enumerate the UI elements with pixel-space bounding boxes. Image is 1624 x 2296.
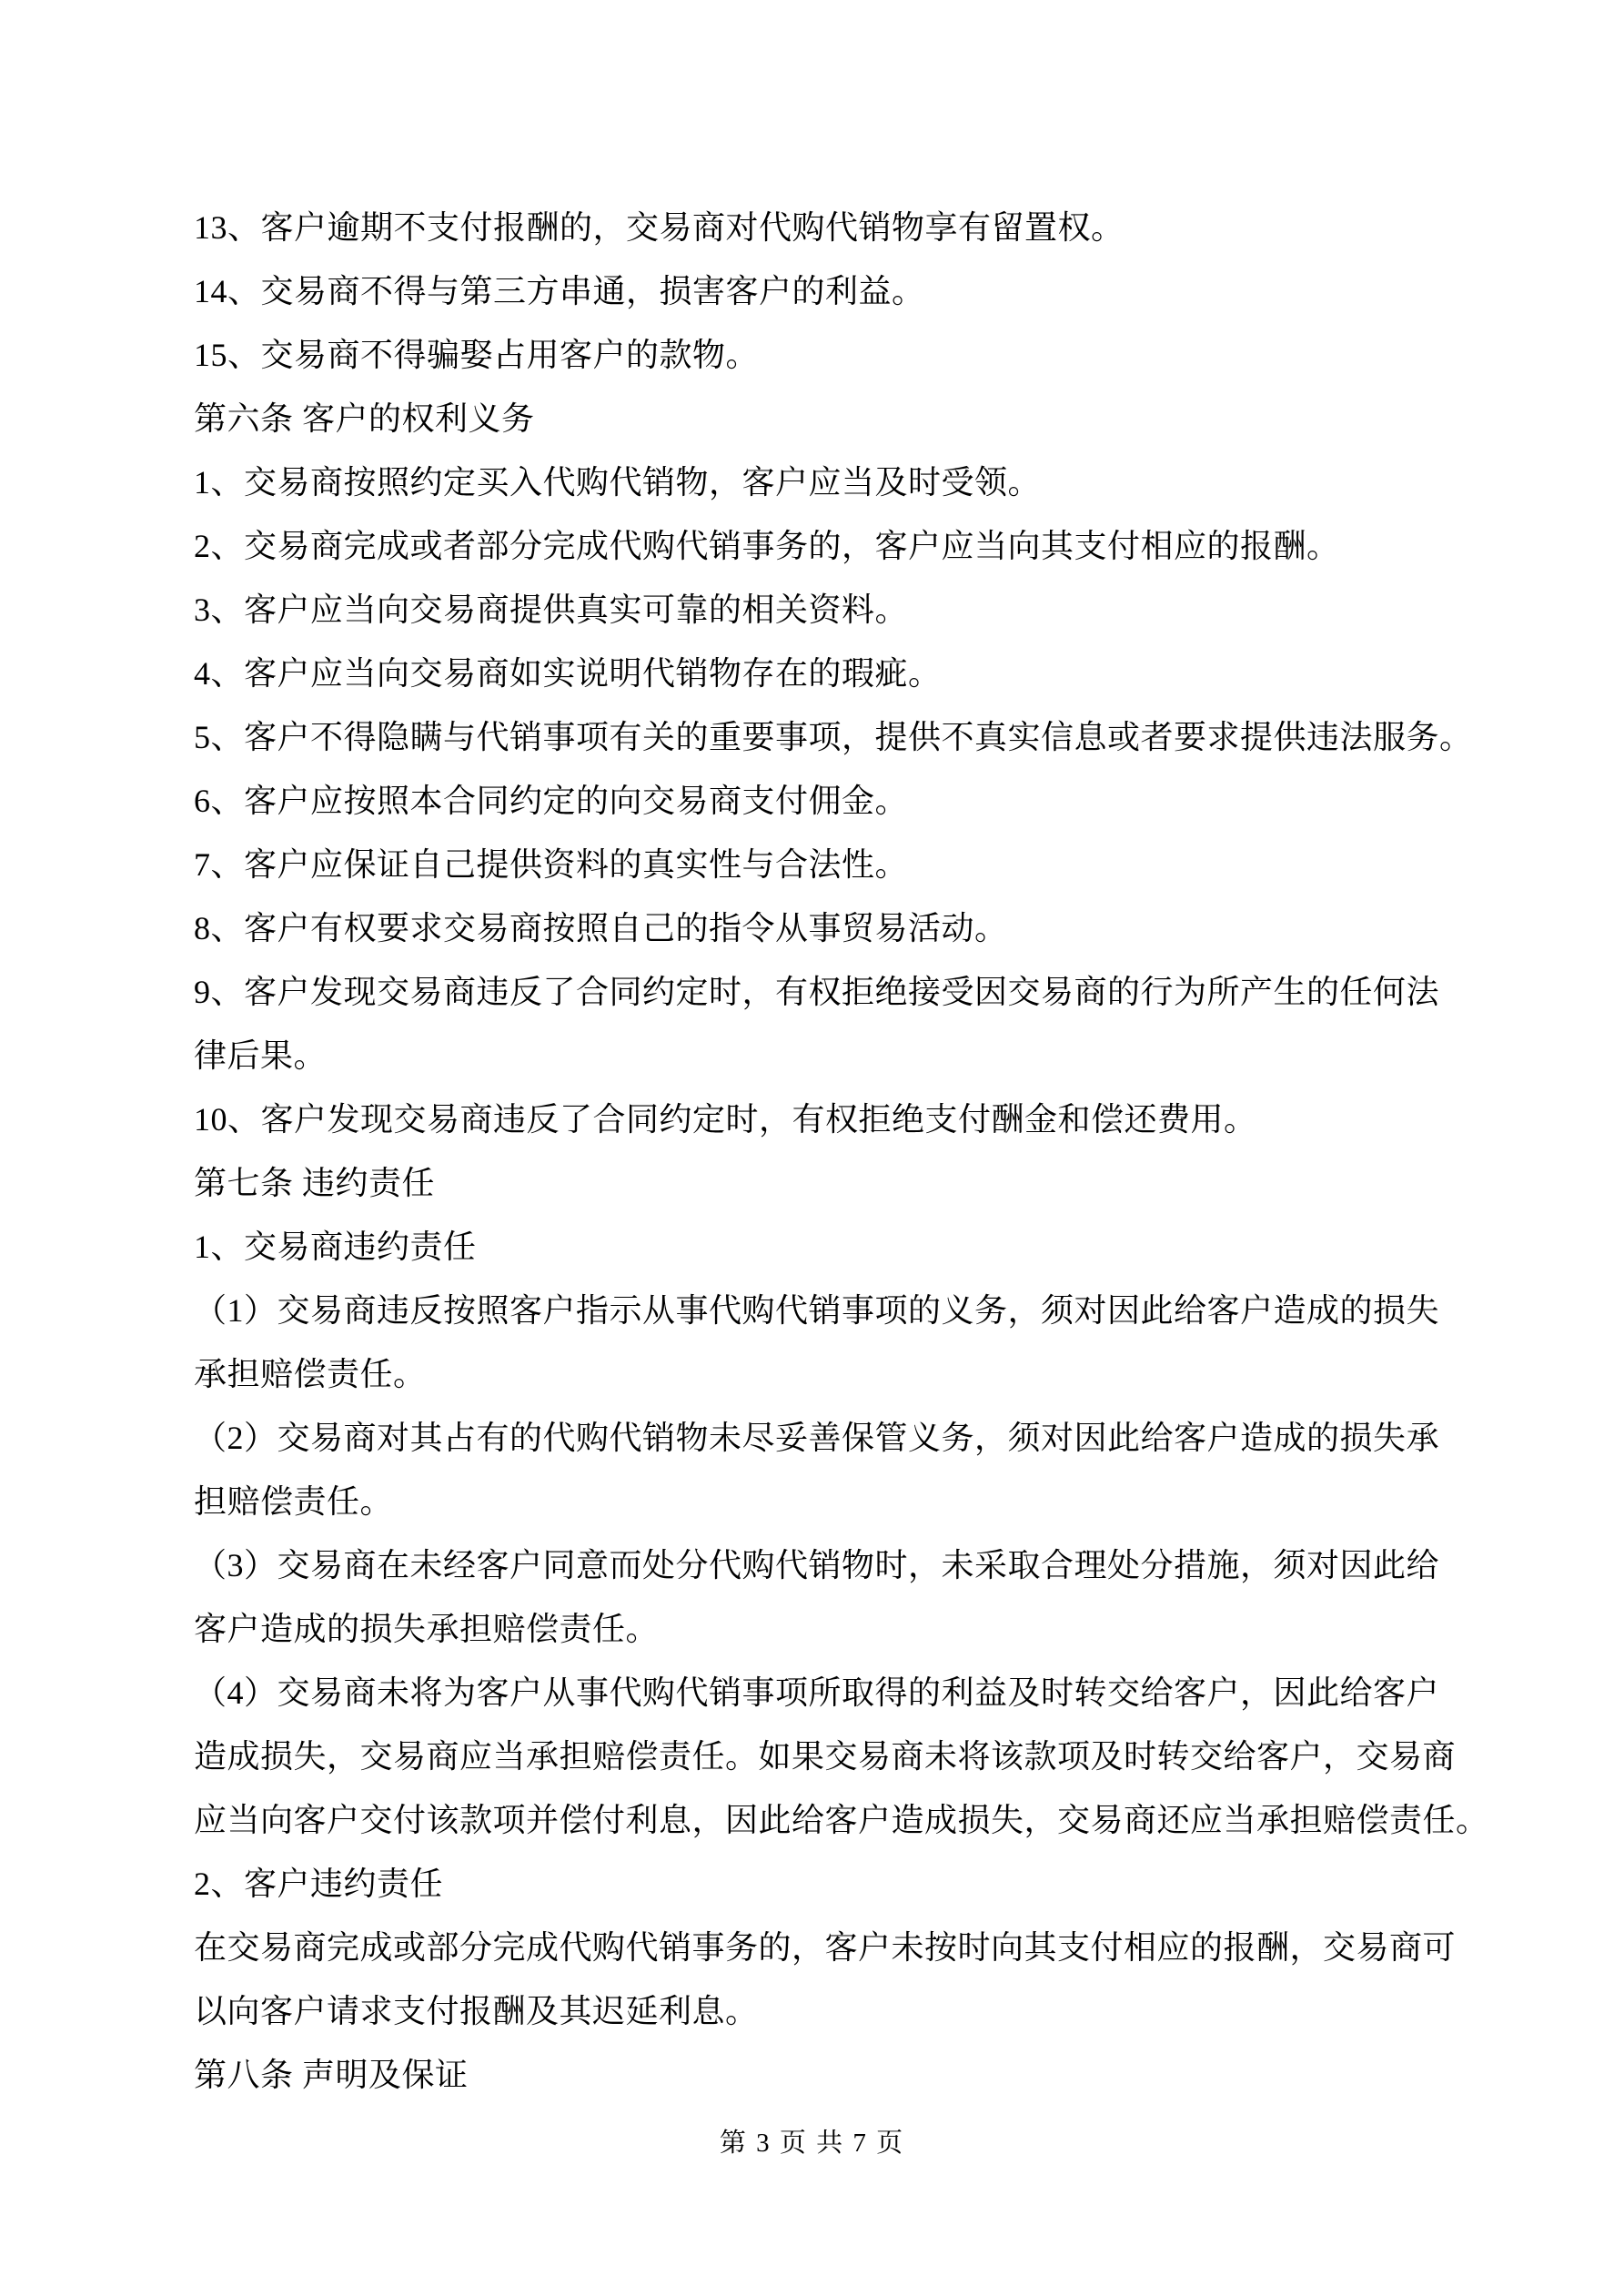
contract-line: 2、交易商完成或者部分完成代购代销事务的，客户应当向其支付相应的报酬。 <box>194 514 1504 578</box>
contract-line: 13、客户逾期不支付报酬的，交易商对代购代销物享有留置权。 <box>194 196 1504 259</box>
contract-line: 7、客户应保证自己提供资料的真实性与合法性。 <box>194 833 1504 896</box>
contract-line: 15、交易商不得骗娶占用客户的款物。 <box>194 323 1504 387</box>
contract-line: 1、交易商违约责任 <box>194 1215 1504 1279</box>
document-page: 13、客户逾期不支付报酬的，交易商对代购代销物享有留置权。 14、交易商不得与第… <box>0 0 1624 2296</box>
contract-line: 9、客户发现交易商违反了合同约定时，有权拒绝接受因交易商的行为所产生的任何法 <box>194 960 1504 1024</box>
contract-line: 担赔偿责任。 <box>194 1470 1504 1533</box>
contract-line: 1、交易商按照约定买入代购代销物，客户应当及时受领。 <box>194 450 1504 514</box>
contract-line: （1）交易商违反按照客户指示从事代购代销事项的义务，须对因此给客户造成的损失 <box>194 1279 1504 1342</box>
article-heading: 第七条 违约责任 <box>194 1151 1504 1215</box>
article-heading: 第六条 客户的权利义务 <box>194 387 1504 450</box>
contract-line: 6、客户应按照本合同约定的向交易商支付佣金。 <box>194 769 1504 833</box>
contract-line: 律后果。 <box>194 1024 1504 1087</box>
contract-line: 10、客户发现交易商违反了合同约定时，有权拒绝支付酬金和偿还费用。 <box>194 1087 1504 1151</box>
document-body: 13、客户逾期不支付报酬的，交易商对代购代销物享有留置权。 14、交易商不得与第… <box>194 196 1504 2107</box>
contract-line: 8、客户有权要求交易商按照自己的指令从事贸易活动。 <box>194 896 1504 960</box>
contract-line: （3）交易商在未经客户同意而处分代购代销物时，未采取合理处分措施，须对因此给 <box>194 1533 1504 1597</box>
contract-line: （4）交易商未将为客户从事代购代销事项所取得的利益及时转交给客户，因此给客户 <box>194 1661 1504 1725</box>
contract-line: 3、客户应当向交易商提供真实可靠的相关资料。 <box>194 578 1504 642</box>
contract-line: 以向客户请求支付报酬及其迟延利息。 <box>194 1979 1504 2043</box>
contract-line: 客户造成的损失承担赔偿责任。 <box>194 1597 1504 1661</box>
contract-line: 4、客户应当向交易商如实说明代销物存在的瑕疵。 <box>194 642 1504 705</box>
contract-line: 承担赔偿责任。 <box>194 1342 1504 1406</box>
contract-line: 14、交易商不得与第三方串通，损害客户的利益。 <box>194 259 1504 323</box>
contract-line: （2）交易商对其占有的代购代销物未尽妥善保管义务，须对因此给客户造成的损失承 <box>194 1406 1504 1470</box>
contract-line: 5、客户不得隐瞒与代销事项有关的重要事项，提供不真实信息或者要求提供违法服务。 <box>194 705 1504 769</box>
contract-line: 在交易商完成或部分完成代购代销事务的，客户未按时向其支付相应的报酬，交易商可 <box>194 1916 1504 1979</box>
contract-line: 2、客户违约责任 <box>194 1852 1504 1916</box>
contract-line: 造成损失，交易商应当承担赔偿责任。如果交易商未将该款项及时转交给客户，交易商 <box>194 1725 1504 1788</box>
contract-line: 应当向客户交付该款项并偿付利息，因此给客户造成损失，交易商还应当承担赔偿责任。 <box>194 1788 1504 1852</box>
page-footer: 第 3 页 共 7 页 <box>0 2111 1624 2175</box>
article-heading: 第八条 声明及保证 <box>194 2043 1504 2107</box>
